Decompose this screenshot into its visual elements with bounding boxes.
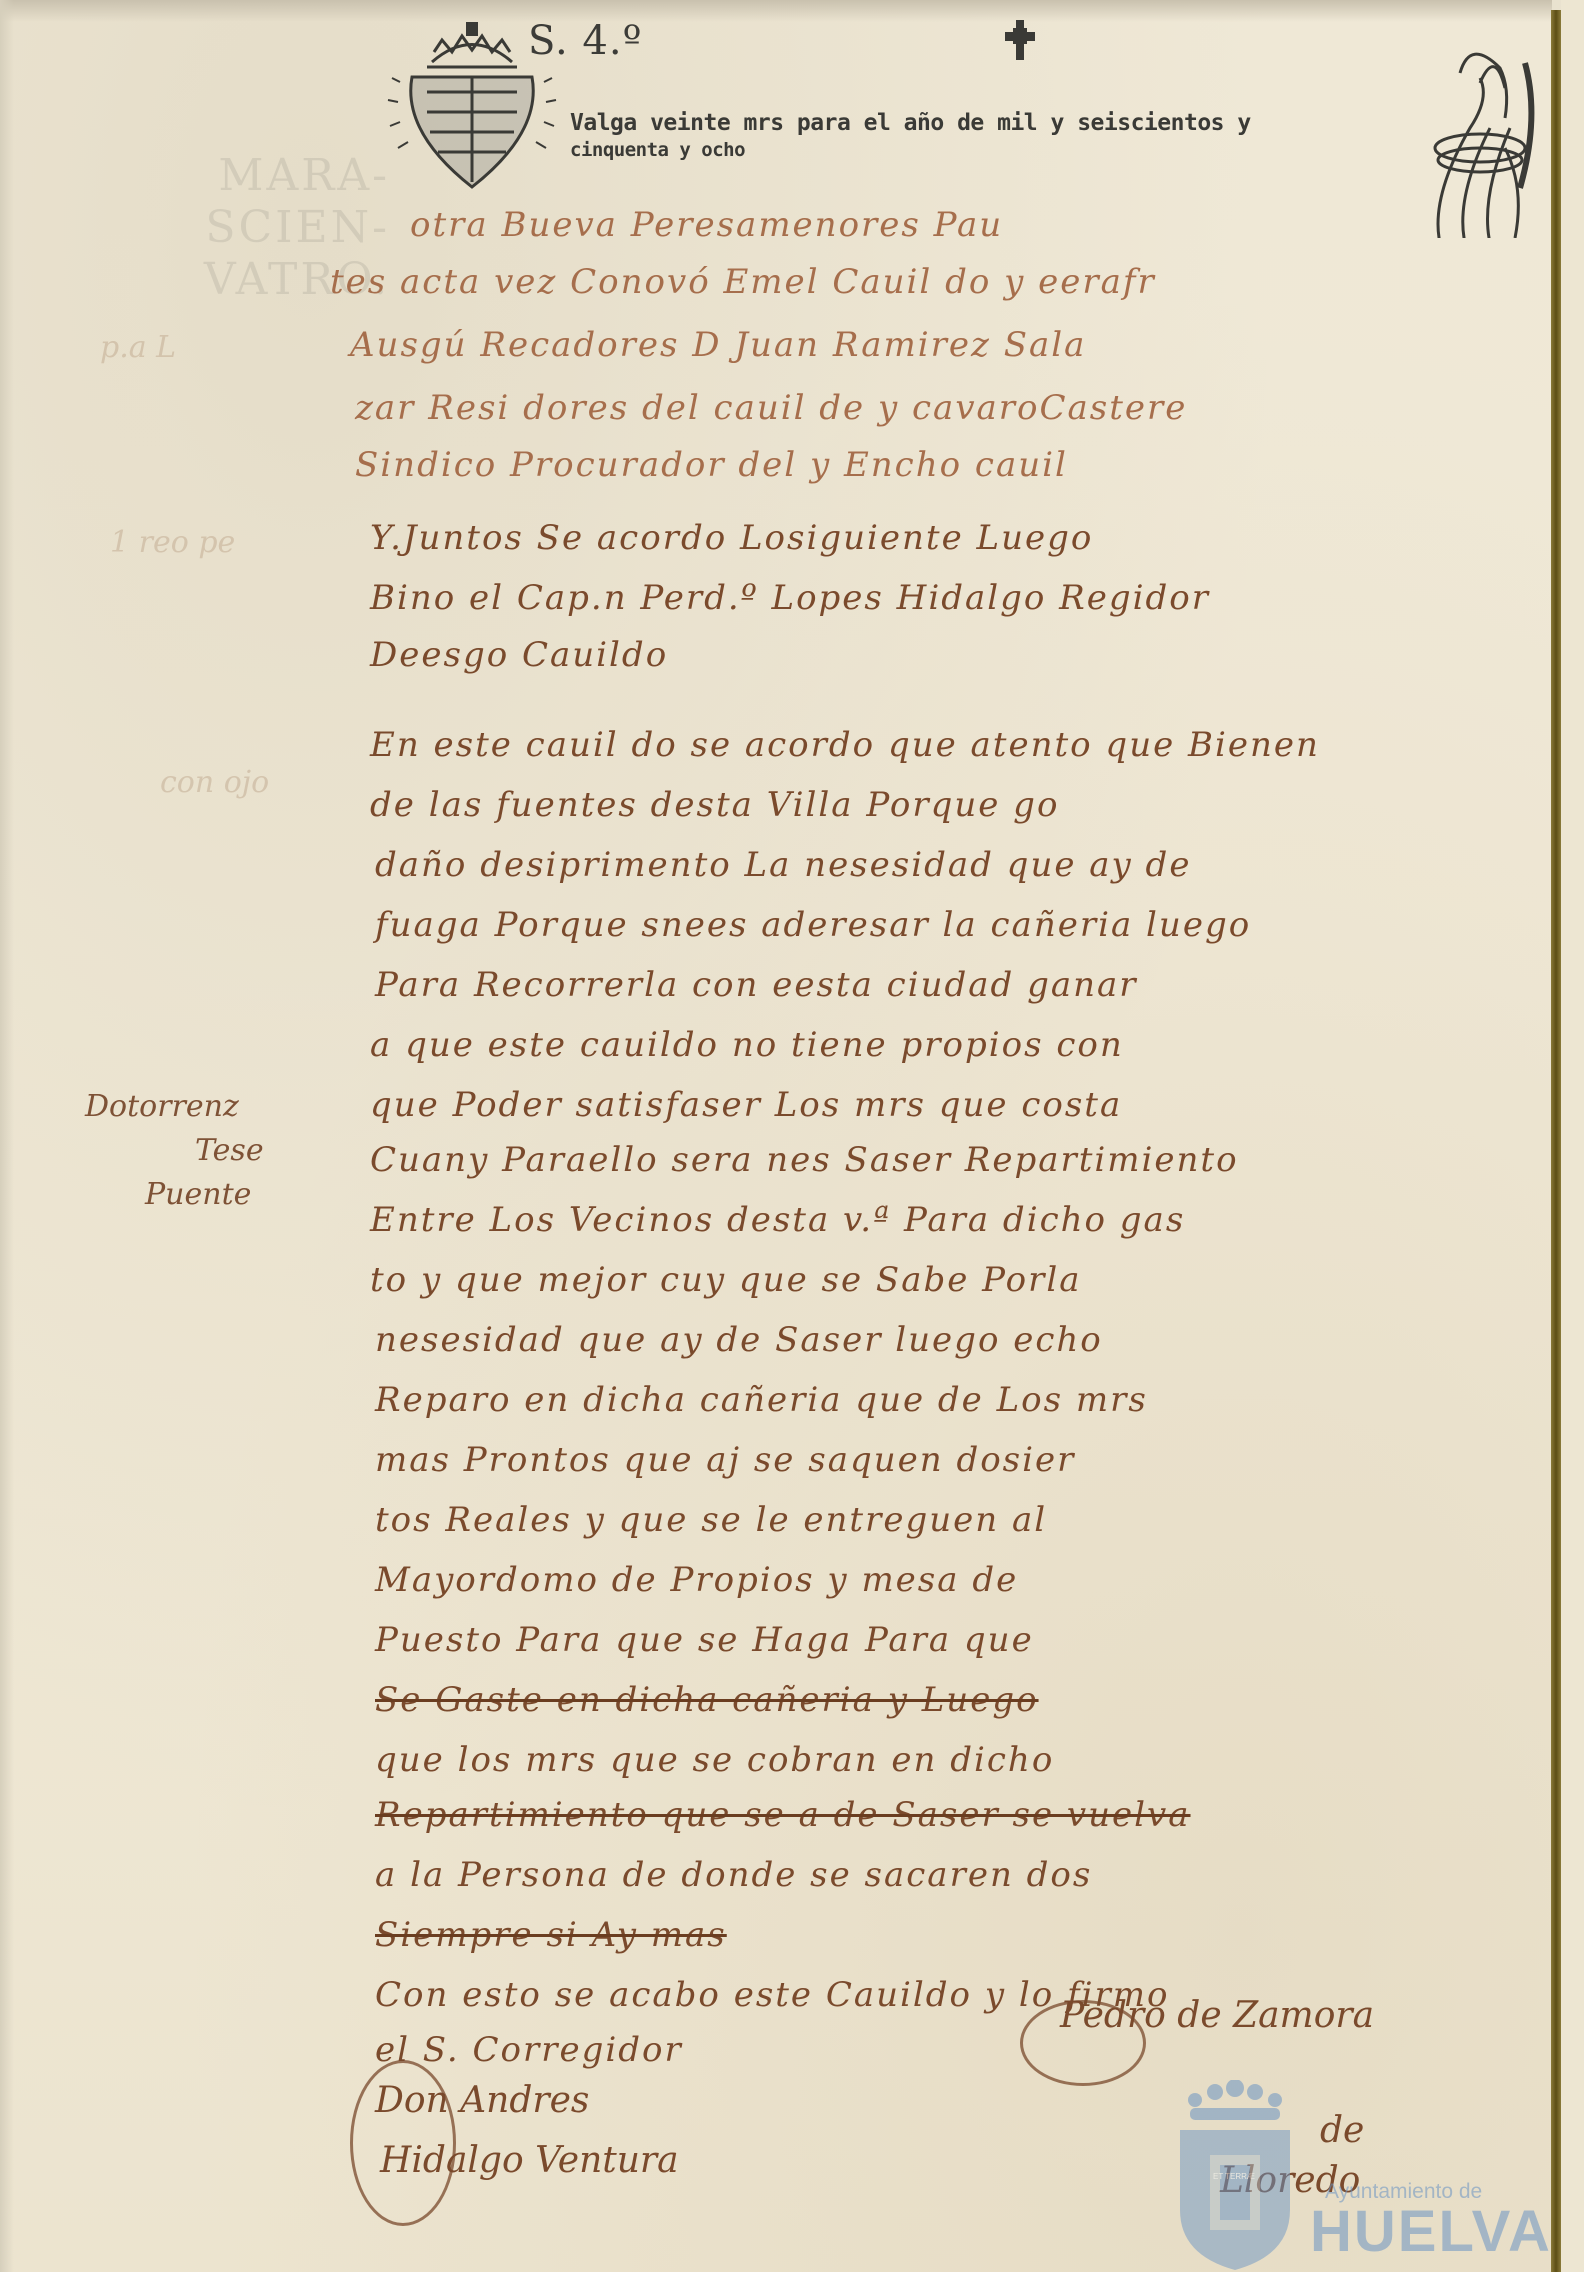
manuscript-page: MARA- SCIEN- VATRO. S. 4.º Valga veinte … — [0, 0, 1552, 2272]
manuscript-line: nesesidad que ay de Saser luego echo — [375, 1320, 1103, 1360]
manuscript-line: Deesgo Cauildo — [370, 635, 668, 675]
ghost-handwriting: p.a L — [100, 330, 176, 365]
manuscript-line: Repartimiento que se a de Saser se vuelv… — [375, 1795, 1191, 1835]
page-top-edge — [0, 0, 1552, 22]
ayuntamiento-huelva-watermark: ET TERRÆ Ayuntamiento de HUELVA — [1175, 2080, 1545, 2272]
watermark-motto: ET TERRÆ — [1213, 2172, 1255, 2181]
margin-note: Dotorrenz Tese Puente — [85, 1085, 264, 1217]
binding-line — [1551, 10, 1561, 2272]
manuscript-line: Bino el Cap.n Perd.º Lopes Hidalgo Regid… — [370, 578, 1210, 618]
stamp-text-line1: Valga veinte mrs para el año de mil y se… — [570, 110, 1410, 137]
manuscript-line: de las fuentes desta Villa Porque go — [370, 785, 1059, 825]
margin-note-line: Tese — [85, 1129, 264, 1173]
manuscript-line: tes acta vez Conovó Emel Cauil do y eera… — [330, 262, 1156, 302]
manuscript-line: otra Bueva Peresamenores Pau — [410, 205, 1003, 245]
coat-of-arms-icon — [372, 22, 572, 190]
manuscript-line: que los mrs que se cobran en dicho — [375, 1740, 1054, 1780]
ghost-handwriting: 1 reo pe — [110, 525, 235, 560]
stamp-text-line2: cinquenta y ocho — [570, 137, 1410, 164]
knot-emblem-icon — [1410, 28, 1540, 238]
manuscript-line: Ausgú Recadores D Juan Ramirez Sala — [350, 325, 1086, 365]
margin-note-line: Puente — [85, 1173, 264, 1217]
manuscript-line: to y que mejor cuy que se Sabe Porla — [370, 1260, 1082, 1300]
manuscript-line: Siempre si Ay mas — [375, 1915, 727, 1955]
stamp-text: Valga veinte mrs para el año de mil y se… — [570, 110, 1410, 164]
manuscript-line: Sindico Procurador del y Encho cauil — [355, 445, 1068, 485]
manuscript-line: a que este cauildo no tiene propios con — [370, 1025, 1124, 1065]
manuscript-line: Cuany Paraello sera nes Saser Repartimie… — [370, 1140, 1239, 1180]
bleed-line: MARA- — [170, 150, 390, 202]
manuscript-line: tos Reales y que se le entreguen al — [375, 1500, 1047, 1540]
manuscript-line: el S. Corregidor — [375, 2030, 683, 2070]
manuscript-line: Para Recorrerla con eesta ciudad ganar — [375, 965, 1138, 1005]
manuscript-line: Se Gaste en dicha cañeria y Luego — [375, 1680, 1039, 1720]
signature-rubric — [1020, 2000, 1146, 2086]
watermark-line2: HUELVA — [1310, 2198, 1552, 2265]
manuscript-line: Puesto Para que se Haga Para que — [375, 1620, 1034, 1660]
manuscript-line: Y.Juntos Se acordo Losiguiente Luego — [370, 518, 1093, 558]
manuscript-line: Mayordomo de Propios y mesa de — [375, 1560, 1018, 1600]
manuscript-line: daño desiprimento La nesesidad que ay de — [375, 845, 1191, 885]
manuscript-line: que Poder satisfaser Los mrs que costa — [370, 1085, 1122, 1125]
bleed-line: SCIEN- — [170, 202, 390, 254]
manuscript-line: Entre Los Vecinos desta v.ª Para dicho g… — [370, 1200, 1185, 1240]
manuscript-line: Reparo en dicha cañeria que de Los mrs — [375, 1380, 1148, 1420]
ghost-handwriting: con ojo — [160, 765, 269, 800]
manuscript-line: mas Prontos que aj se saquen dosier — [375, 1440, 1075, 1480]
margin-note-line: Dotorrenz — [85, 1085, 264, 1129]
adjacent-page-edge: ar ç er a — [1561, 0, 1584, 2272]
page-left-edge — [0, 0, 14, 2272]
manuscript-line: zar Resi dores del cauil de y cavaroCast… — [355, 388, 1187, 428]
manuscript-line: En este cauil do se acordo que atento qu… — [370, 725, 1320, 765]
manuscript-line: fuaga Porque snees aderesar la cañeria l… — [375, 905, 1251, 945]
cross-icon — [1005, 20, 1035, 60]
signature-rubric — [350, 2060, 456, 2226]
manuscript-line: a la Persona de donde se sacaren dos — [375, 1855, 1092, 1895]
